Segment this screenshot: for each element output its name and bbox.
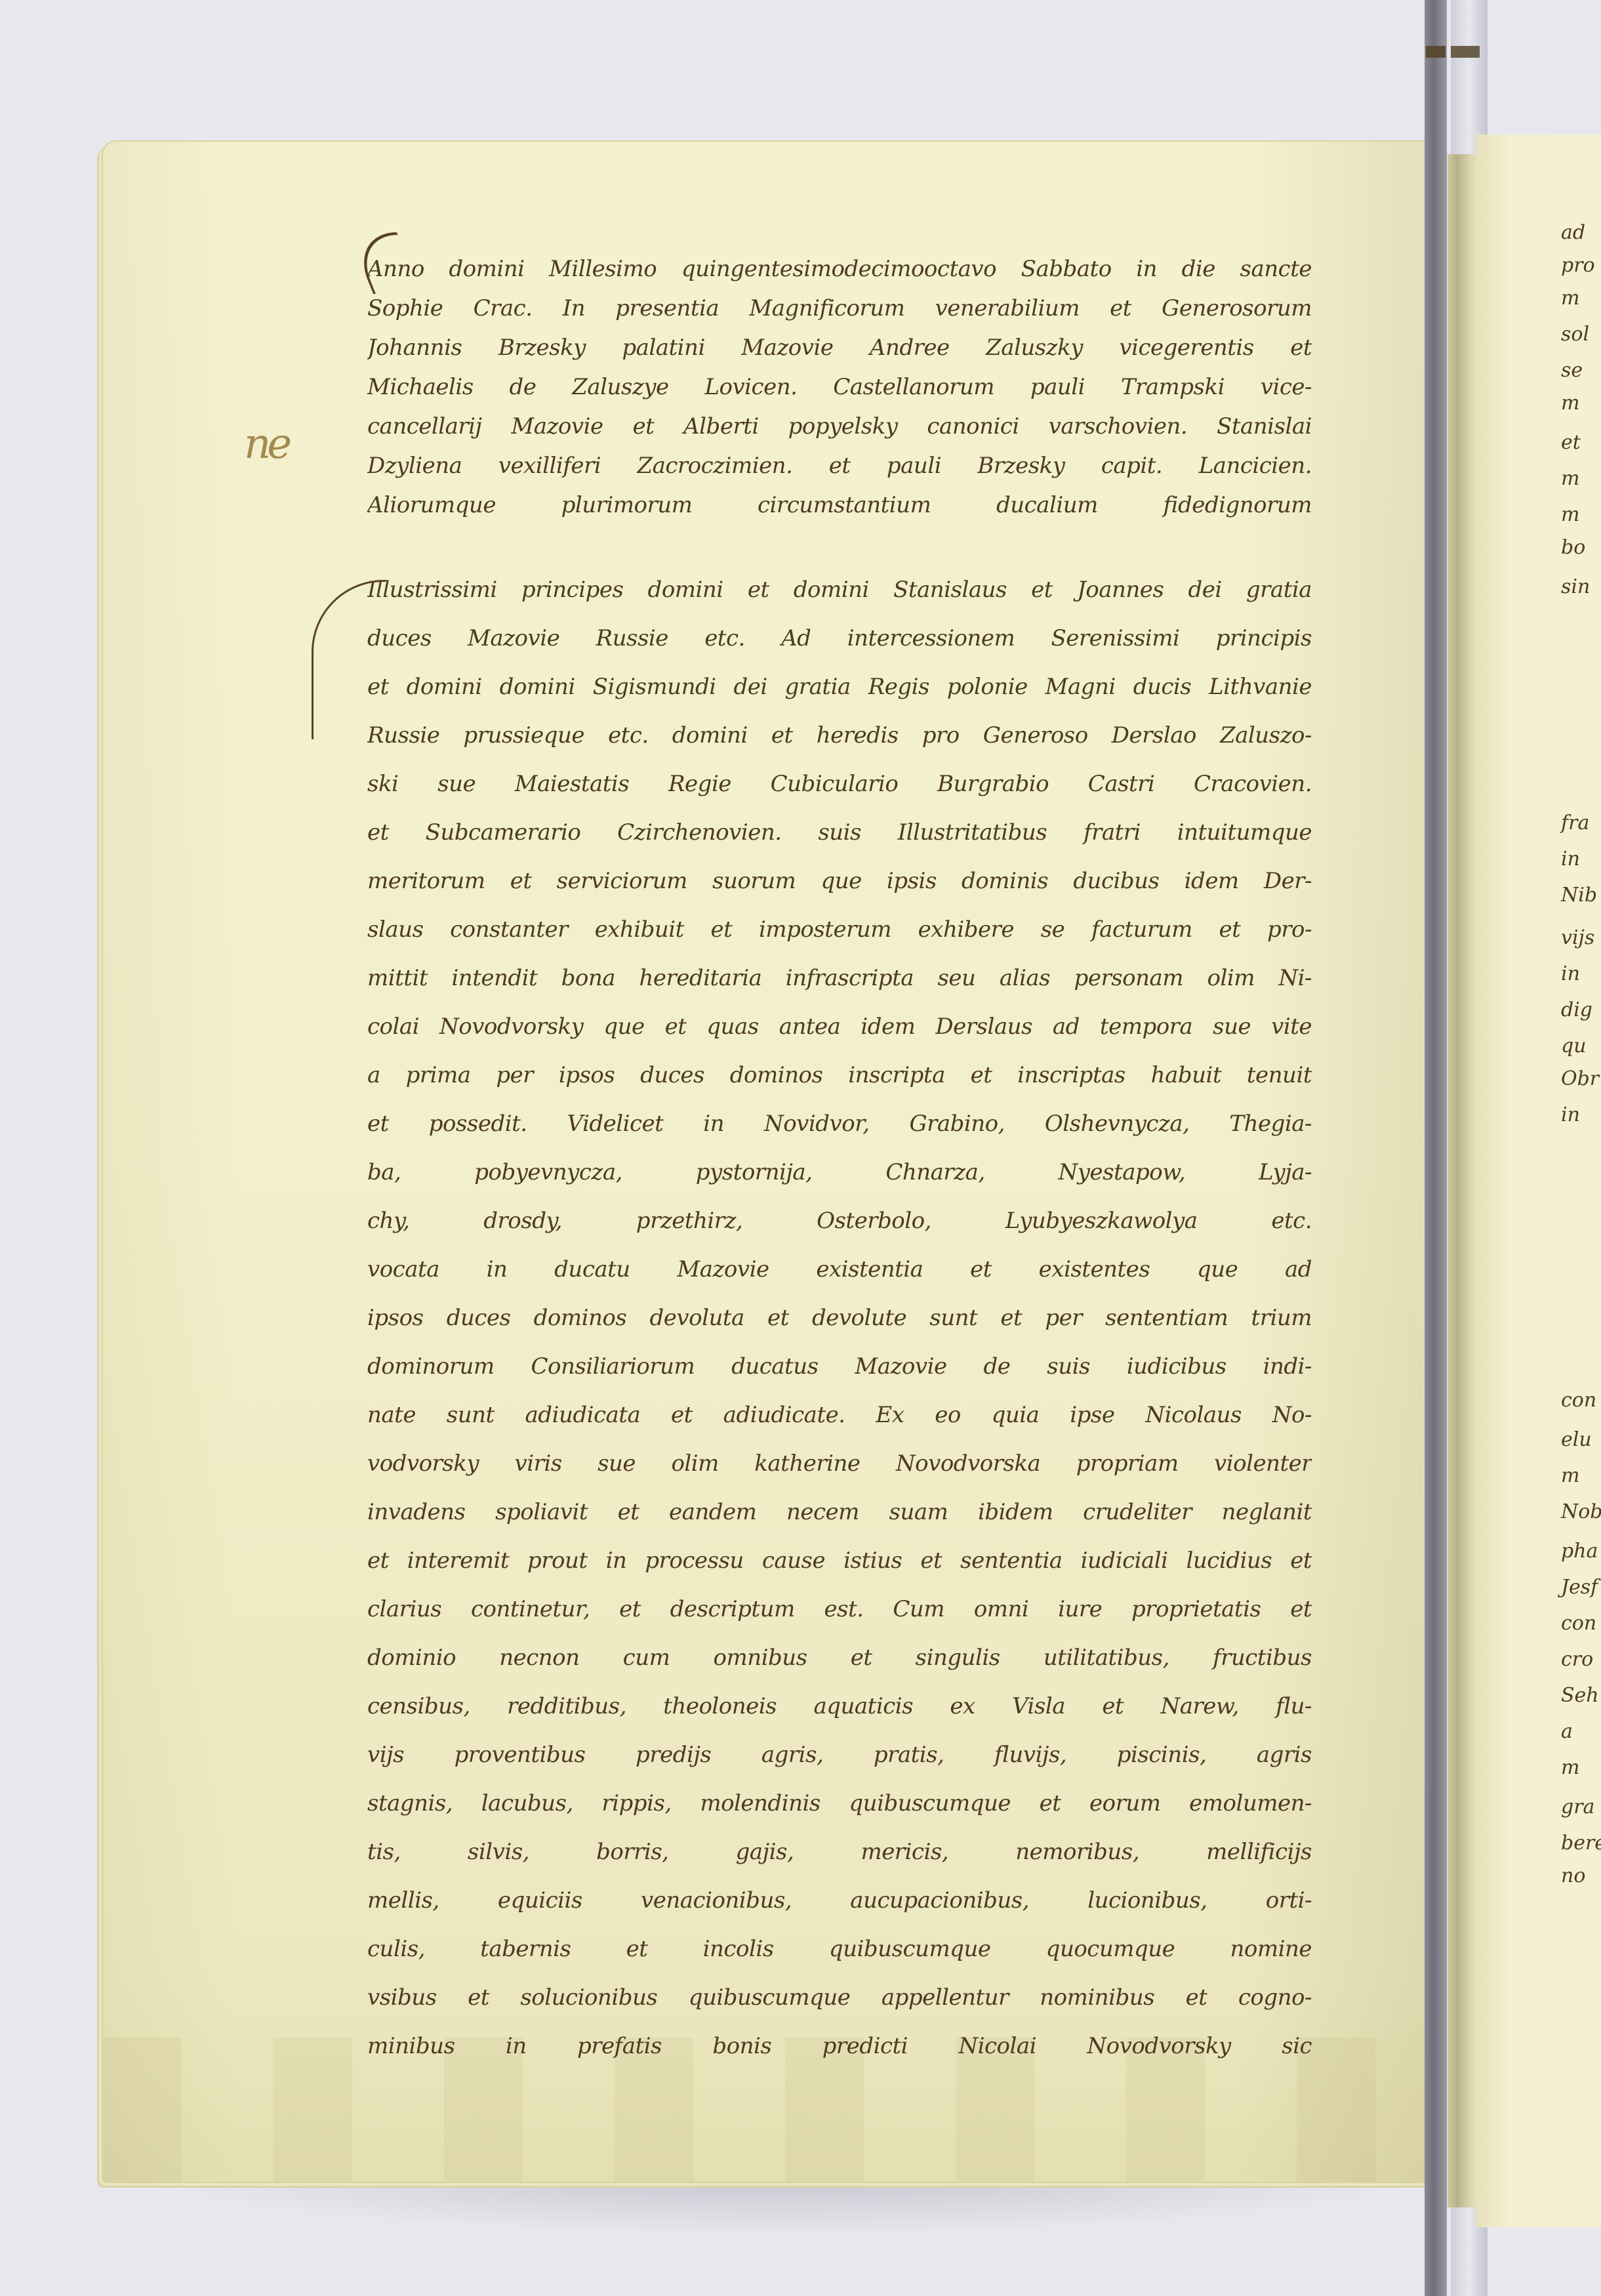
text-line: vodvorsky viris sue olim katherine Novod… (367, 1439, 1312, 1488)
text-line: stagnis, lacubus, rippis, molendinis qui… (367, 1779, 1312, 1828)
clamp-cap (1451, 46, 1480, 58)
text-line: Sophie Crac. In presentia Magnificorum v… (367, 289, 1312, 328)
right-fragment: con (1561, 1391, 1596, 1410)
text-line: Anno domini Millesimo quingentesimodecim… (367, 249, 1312, 289)
text-line: meritorum et serviciorum suorum que ipsi… (367, 857, 1312, 905)
right-fragment: Seh (1561, 1686, 1599, 1706)
text-line: minibus in prefatis bonis predicti Nicol… (367, 2022, 1312, 2070)
text-line: Russie prussieque etc. domini et heredis… (367, 711, 1312, 760)
right-fragment: Obr (1561, 1069, 1599, 1089)
right-fragment: Nib (1561, 886, 1597, 905)
right-fragment: pro (1561, 256, 1595, 276)
text-line: Dzyliena vexilliferi Zacroczimien. et pa… (367, 446, 1312, 485)
text-line: ba, pobyevnycza, pystornija, Chnarza, Ny… (367, 1148, 1312, 1197)
text-line: Aliorumque plurimorum circumstantium duc… (367, 485, 1312, 525)
right-fragment: m (1561, 394, 1579, 413)
right-fragment: in (1561, 1105, 1580, 1125)
right-fragment: et (1561, 433, 1581, 453)
clamp-cap (1426, 46, 1446, 58)
right-fragment: m (1561, 469, 1579, 489)
right-fragment: gra (1561, 1797, 1594, 1817)
text-line: Michaelis de Zaluszye Lovicen. Castellan… (367, 367, 1312, 407)
text-line: et interemit prout in processu cause ist… (367, 1536, 1312, 1585)
text-line: et domini domini Sigismundi dei gratia R… (367, 663, 1312, 711)
right-fragment: sin (1561, 577, 1590, 597)
text-line: slaus constanter exhibuit et imposterum … (367, 905, 1312, 954)
right-fragment: in (1561, 964, 1580, 984)
paragraph-2: Illustrissimi principes domini et domini… (367, 565, 1312, 2070)
right-fragment: no (1561, 1866, 1585, 1886)
text-line: a prima per ipsos duces dominos inscript… (367, 1051, 1312, 1099)
text-line: duces Mazovie Russie etc. Ad intercessio… (367, 614, 1312, 663)
text-line: nate sunt adiudicata et adiudicate. Ex e… (367, 1391, 1312, 1439)
text-line: culis, tabernis et incolis quibuscumque … (367, 1925, 1312, 1973)
text-line: Illustrissimi principes domini et domini… (367, 565, 1312, 614)
text-line: chy, drosdy, przethirz, Osterbolo, Lyuby… (367, 1197, 1312, 1245)
text-line: ski sue Maiestatis Regie Cubiculario Bur… (367, 760, 1312, 808)
text-line: cancellarij Mazovie et Alberti popyelsky… (367, 407, 1312, 446)
right-fragment: vijs (1561, 928, 1594, 948)
text-line: et Subcamerario Czirchenovien. suis Illu… (367, 808, 1312, 857)
text-line: dominio necnon cum omnibus et singulis u… (367, 1633, 1312, 1682)
right-fragment: qu (1561, 1036, 1587, 1056)
paragraph-1: Anno domini Millesimo quingentesimodecim… (367, 249, 1312, 525)
text-line: vijs proventibus predijs agris, pratis, … (367, 1731, 1312, 1779)
text-line: censibus, redditibus, theoloneis aquatic… (367, 1682, 1312, 1731)
text-line: dominorum Consiliariorum ducatus Mazovie… (367, 1342, 1312, 1391)
text-line: colai Novodvorsky que et quas antea idem… (367, 1002, 1312, 1051)
right-fragment: sol (1561, 325, 1589, 344)
text-line: tis, silvis, borris, gajis, mericis, nem… (367, 1828, 1312, 1876)
text-line: clarius continetur, et descriptum est. C… (367, 1585, 1312, 1633)
page-clamp-dark (1425, 0, 1447, 2296)
text-line: et possedit. Videlicet in Novidvor, Grab… (367, 1099, 1312, 1148)
book-gutter (1448, 154, 1479, 2207)
text-line: mittit intendit bona hereditaria infrasc… (367, 954, 1312, 1002)
margin-annotation: ne (244, 420, 288, 468)
right-fragment: cro (1561, 1650, 1593, 1670)
right-fragment: m (1561, 505, 1579, 525)
right-fragment: bo (1561, 538, 1585, 558)
right-fragment: con (1561, 1614, 1596, 1633)
text-line: ipsos duces dominos devoluta et devolute… (367, 1294, 1312, 1342)
right-fragment: m (1561, 1758, 1579, 1778)
text-line: mellis, equiciis venacionibus, aucupacio… (367, 1876, 1312, 1925)
right-fragment: Nob (1561, 1502, 1601, 1522)
text-line: invadens spoliavit et eandem necem suam … (367, 1488, 1312, 1536)
right-fragment: dig (1561, 1000, 1592, 1020)
right-page (1476, 134, 1601, 2227)
text-line: Johannis Brzesky palatini Mazovie Andree… (367, 328, 1312, 367)
text-line: vsibus et solucionibus quibuscumque appe… (367, 1973, 1312, 2022)
right-fragment: elu (1561, 1430, 1592, 1450)
right-fragment: se (1561, 361, 1583, 380)
manuscript-text: Anno domini Millesimo quingentesimodecim… (367, 249, 1312, 2070)
right-fragment: pha (1561, 1542, 1598, 1561)
right-fragment: ad (1561, 223, 1585, 243)
right-fragment: Jesf (1561, 1578, 1598, 1597)
right-fragment: a (1561, 1722, 1573, 1742)
right-fragment: m (1561, 1466, 1579, 1486)
right-fragment: m (1561, 289, 1579, 308)
right-fragment: fra (1561, 813, 1589, 833)
right-fragment: bere (1561, 1834, 1601, 1853)
right-fragment: in (1561, 850, 1580, 869)
text-line: vocata in ducatu Mazovie existentia et e… (367, 1245, 1312, 1294)
